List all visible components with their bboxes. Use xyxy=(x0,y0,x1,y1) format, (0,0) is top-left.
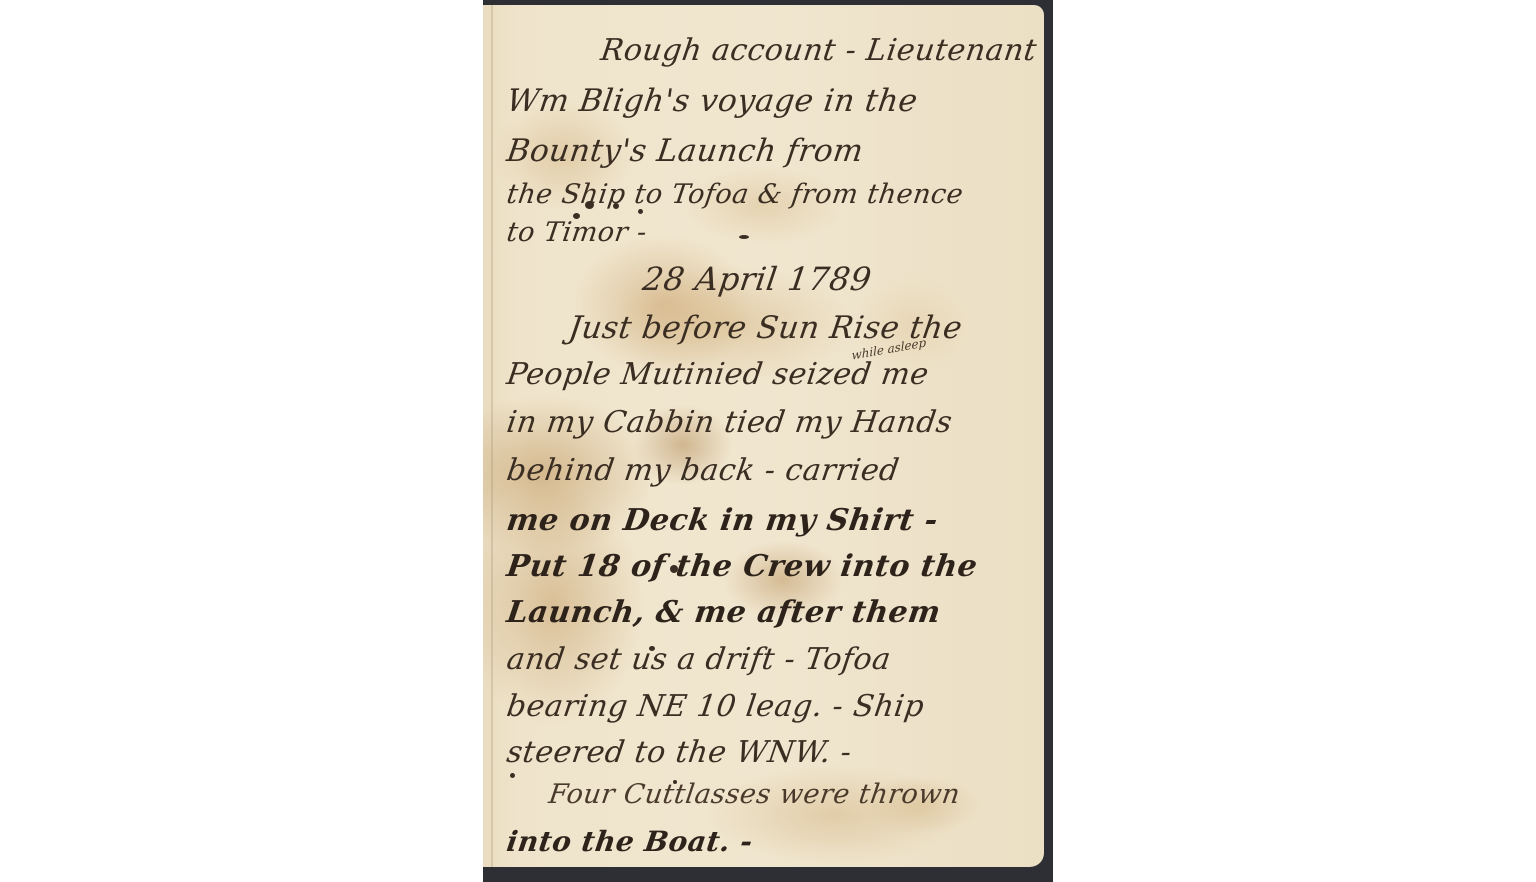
heading-line: to Timor - xyxy=(505,217,649,248)
body-line: behind my back - carried xyxy=(505,453,902,488)
ink-blot xyxy=(649,646,655,651)
heading-line: the Ship to Tofoa & from thence xyxy=(505,179,965,210)
ink-blot xyxy=(573,213,580,219)
entry-date: 28 April 1789 xyxy=(640,260,874,298)
body-line: Launch, & me after them xyxy=(505,595,943,630)
heading-line: Bounty's Launch from xyxy=(504,133,865,169)
heading-line: Wm Bligh's voyage in the xyxy=(504,83,920,119)
body-line: steered to the WNW. - xyxy=(505,735,854,770)
body-line: bearing NE 10 leag. - Ship xyxy=(505,689,927,724)
ink-blot xyxy=(510,773,515,778)
body-line: People Mutinied seized me xyxy=(505,357,932,392)
body-line: in my Cabbin tied my Hands xyxy=(505,405,955,440)
ink-blot xyxy=(585,201,594,209)
body-line: and set us a drift - Tofoa xyxy=(505,642,894,677)
body-line: Four Cuttlasses were thrown xyxy=(547,779,962,810)
manuscript-text: Rough account - Lieutenant Wm Bligh's vo… xyxy=(483,5,1044,867)
ink-blot xyxy=(739,235,749,239)
body-line: into the Boat. - xyxy=(505,825,755,858)
body-line: me on Deck in my Shirt - xyxy=(505,503,941,538)
body-line: Put 18 of the Crew into the xyxy=(505,549,980,584)
ink-blot xyxy=(613,203,619,209)
ink-blot xyxy=(638,209,643,214)
ink-blot xyxy=(673,780,677,784)
document-viewer: Rough account - Lieutenant Wm Bligh's vo… xyxy=(0,0,1536,882)
manuscript-page: Rough account - Lieutenant Wm Bligh's vo… xyxy=(483,5,1044,867)
heading-line: Rough account - Lieutenant xyxy=(599,33,1039,68)
ink-blot xyxy=(670,565,678,573)
manuscript-scan: Rough account - Lieutenant Wm Bligh's vo… xyxy=(483,0,1053,882)
